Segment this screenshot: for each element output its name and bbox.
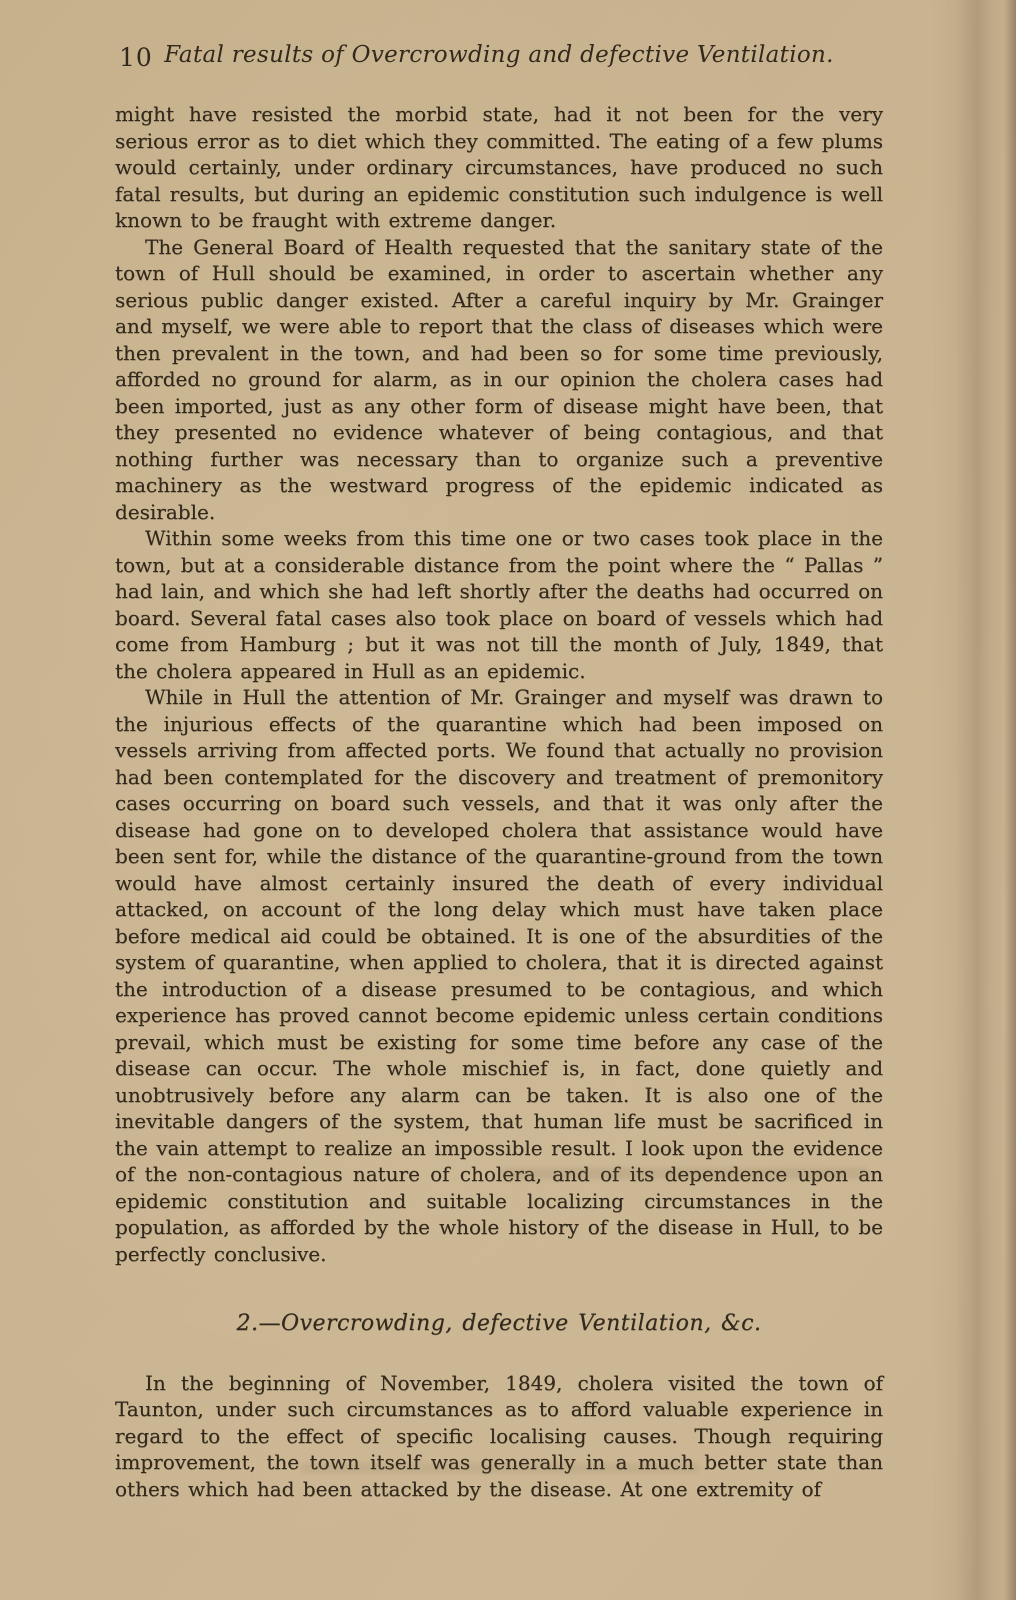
book-page: 10 Fatal results of Overcrowding and def… <box>0 0 1016 1600</box>
paragraph-quarantine: While in Hull the attention of Mr. Grain… <box>115 684 883 1267</box>
paragraph-pallas-cases: Within some weeks from this time one or … <box>115 525 883 684</box>
text-block: might have resisted the morbid state, ha… <box>115 101 883 1502</box>
paragraph-taunton: In the beginning of November, 1849, chol… <box>115 1370 883 1503</box>
paragraph-continuation: might have resisted the morbid state, ha… <box>115 101 883 234</box>
page-number: 10 <box>119 43 153 72</box>
running-header: 10 Fatal results of Overcrowding and def… <box>115 42 883 76</box>
section-heading: 2.—Overcrowding, defective Ventilation, … <box>115 1311 883 1338</box>
running-header-title: Fatal results of Overcrowding and defect… <box>115 42 883 68</box>
page-gutter-shadow <box>930 0 1016 1600</box>
page-content: 10 Fatal results of Overcrowding and def… <box>115 0 883 1502</box>
paragraph-board-of-health: The General Board of Health requested th… <box>115 234 883 526</box>
